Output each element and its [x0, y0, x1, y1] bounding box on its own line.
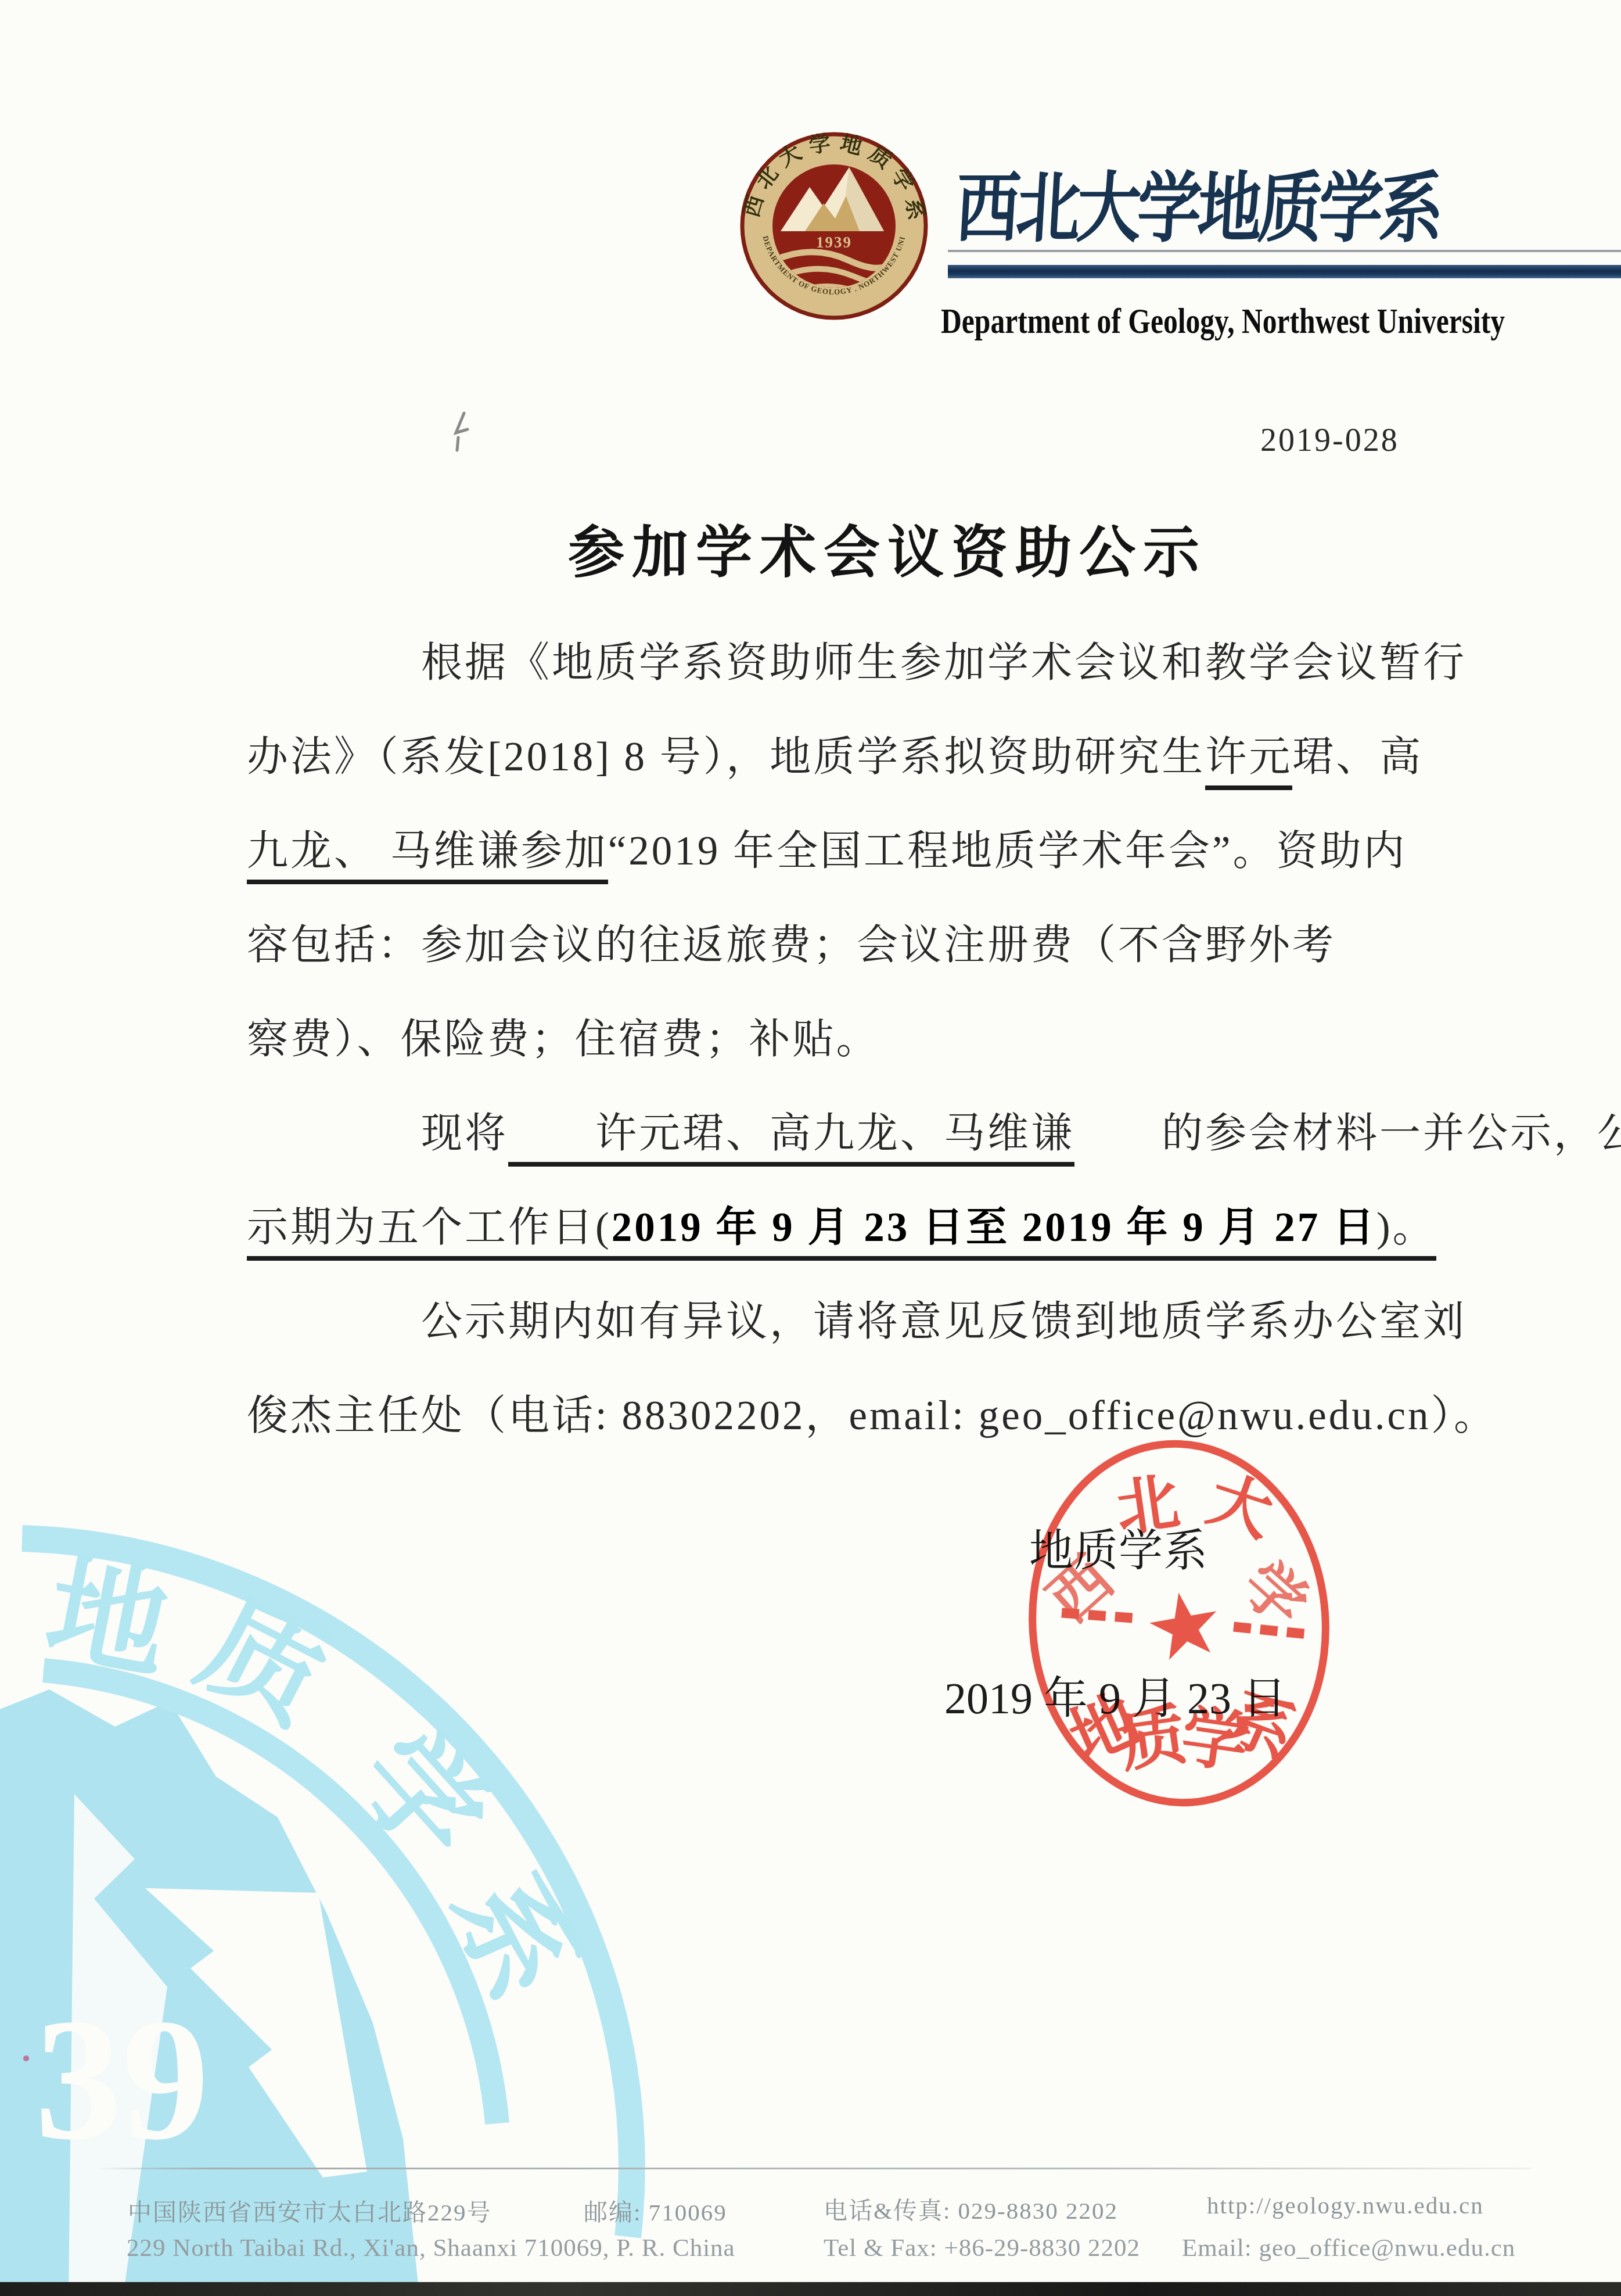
header-subtitle-english: Department of Geology, Northwest Univers…: [941, 301, 1505, 342]
footer-website-url: http://geology.nwu.edu.cn: [1207, 2191, 1484, 2219]
body-text-segment: 现将: [334, 1100, 508, 1159]
document-body: 根据《地质学系资助师生参加学术会议和教学会议暂行办法》（系发[2018] 8 号…: [247, 616, 1414, 1463]
body-line: 办法》（系发[2018] 8 号），地质学系拟资助研究生许元 珺、高: [247, 710, 1414, 804]
body-line: 公示期内如有异议，请将意见反馈到地质学系办公室刘: [247, 1275, 1414, 1369]
footer-email: Email: geo_office@nwu.edu.cn: [1182, 2234, 1515, 2262]
body-text-segment: 的参会材料一并公示，公: [1074, 1100, 1621, 1159]
footer-address-en: 229 North Taibai Rd., Xi'an, Shaanxi 710…: [127, 2234, 735, 2262]
body-text-segment: “2019 年全国工程地质学术年会”。资助内: [608, 817, 1407, 877]
header-divider-thin: [948, 250, 1621, 252]
footer-postal-code: 邮编: 710069: [584, 2193, 727, 2227]
watermark-char: 系: [430, 1856, 599, 2018]
body-text-segment: 珺、高: [1292, 723, 1423, 783]
body-text-segment: 2019 年 9 月 23 日至 2019 年 9 月 27 日: [612, 1194, 1376, 1261]
body-text-segment: 容包括：参加会议的往返旅费；会议注册费（不含野外考: [247, 912, 1336, 971]
body-line: 容包括：参加会议的往返旅费；会议注册费（不含野外考: [247, 898, 1414, 992]
official-red-stamp: 北 大 西 学 地 质 学 系: [987, 1406, 1382, 1859]
body-text-segment: 九龙、 马维谦参加: [247, 817, 608, 884]
body-text-segment: 许元: [1205, 723, 1292, 790]
document-title: 参加学术会议资助公示: [568, 507, 1207, 588]
body-text-segment: 示期为五个工作日(: [247, 1194, 612, 1261]
svg-text:大: 大: [1199, 1465, 1281, 1550]
svg-text:1939: 1939: [816, 234, 852, 251]
scan-edge-band: [0, 2282, 1621, 2296]
watermark-char: 学: [332, 1709, 510, 1885]
body-text-segment: 办法》（系发[2018] 8 号），地质学系拟资助研究生: [247, 723, 1205, 783]
body-line: 九龙、 马维谦参加“2019 年全国工程地质学术年会”。资助内: [247, 804, 1414, 898]
watermark-char: 质: [181, 1577, 347, 1748]
watermark-year-fragment: 39: [35, 1983, 209, 2176]
signature-date: 2019 年 9 月 23 日: [944, 1663, 1286, 1726]
department-seal-watermark: 地 质 学 系 39: [0, 1423, 929, 2296]
footer-address-cn: 中国陕西省西安市太白北路229号: [128, 2193, 492, 2227]
body-text-segment: 许元珺、高九龙、马维谦: [508, 1100, 1074, 1167]
scanned-document-page: { "page": { "doc_number": "2019-028", "t…: [0, 0, 1621, 2296]
body-line: 现将许元珺、高九龙、马维谦的参会材料一并公示，公: [247, 1086, 1414, 1181]
body-text-segment: )。: [1376, 1194, 1436, 1261]
footer-telfax-en: Tel & Fax: +86-29-8830 2202: [824, 2234, 1140, 2262]
signature-organization: 地质学系: [1029, 1515, 1208, 1578]
body-text-segment: 根据《地质学系资助师生参加学术会议和教学会议暂行: [334, 629, 1467, 688]
watermark-char: 地: [37, 1543, 179, 1695]
footer-telfax-cn: 电话&传真: 029-8830 2202: [824, 2191, 1118, 2226]
document-number: 2019-028: [1260, 422, 1399, 459]
body-text-segment: 公示期内如有异议，请将意见反馈到地质学系办公室刘: [334, 1288, 1467, 1347]
body-text-segment: 察费）、保险费；住宿费；补贴。: [247, 1006, 880, 1065]
header-calligraphy-title: 西北大学地质学系: [953, 146, 1399, 257]
scan-artifact-dot: [23, 2055, 29, 2061]
body-line: 察费）、保险费；住宿费；补贴。: [247, 992, 1414, 1086]
scan-smudge-mark: [450, 410, 473, 456]
department-logo: 1939 西北大学地质学系 DEPARTMENT OF GEOLOGY . NO…: [735, 131, 933, 323]
body-line: 根据《地质学系资助师生参加学术会议和教学会议暂行: [247, 616, 1414, 710]
footer-separator-line: [96, 2168, 1530, 2169]
header-divider-thick: [948, 265, 1621, 278]
body-line: 示期为五个工作日(2019 年 9 月 23 日至 2019 年 9 月 27 …: [247, 1181, 1414, 1275]
